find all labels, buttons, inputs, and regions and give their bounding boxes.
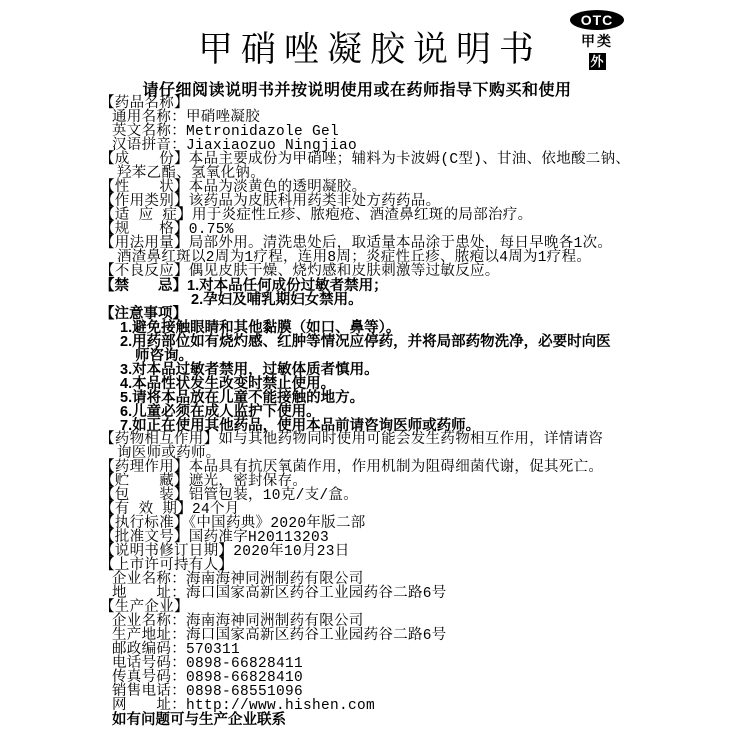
text-line: 销售电话：0898-68551096 [100,685,680,699]
text-line: 【不良反应】偶见皮肤干燥、烧灼感和皮肤刺激等过敏反应。 [100,265,680,279]
text-line: 1.避免接触眼睛和其他黏膜（如口、鼻等）。 [100,321,680,335]
otc-icon: OTC [570,10,624,30]
text-line: 询医师或药师。 [100,447,680,461]
text-line: 【生产企业】 [100,601,680,615]
text-line: 【批准文号】国药准字H20113203 [100,531,680,545]
text-line: 传真号码：0898-66828410 [100,671,680,685]
text-line: 4.本品性状发生改变时禁止使用。 [100,377,680,391]
otc-badge: OTC 甲类 外 [566,10,628,70]
text-line: 汉语拼音：Jiaxiaozuo Ningjiao [100,139,680,153]
text-line: 【用法用量】局部外用。清洗患处后，取适量本品涂于患处，每日早晚各1次。 [100,237,680,251]
page-title: 甲硝唑凝胶说明书 [0,22,740,72]
leaflet-page: 甲硝唑凝胶说明书 请仔细阅读说明书并按说明使用或在药师指导下购买和使用 OTC … [0,0,750,750]
text-line: 如有问题可与生产企业联系 [100,713,680,727]
text-line: 电话号码：0898-66828411 [100,657,680,671]
text-line: 【性 状】本品为淡黄色的透明凝胶。 [100,181,680,195]
text-line: 【药品名称】 [100,97,680,111]
text-line: 2.用药部位如有烧灼感、红肿等情况应停药，并将局部药物洗净，必要时向医 [100,335,680,349]
text-line: 英文名称：Metronidazole Gel [100,125,680,139]
text-line: 羟苯乙酯、氢氧化钠。 [100,167,680,181]
text-line: 3.对本品过敏者禁用，过敏体质者慎用。 [100,363,680,377]
text-line: 【贮 藏】遮光，密封保存。 [100,475,680,489]
text-line: 【说明书修订日期】2020年10月23日 [100,545,680,559]
text-line: 【包 装】铝管包装，10克/支/盒。 [100,489,680,503]
text-line: 【成 份】本品主要成份为甲硝唑；辅料为卡波姆(C型)、甘油、依地酸二钠、 [100,153,680,167]
text-line: 生产地址：海口国家高新区药谷工业园药谷二路6号 [100,629,680,643]
text-line: 师咨询。 [100,349,680,363]
text-line: 企业名称：海南海神同洲制药有限公司 [100,573,680,587]
text-line: 地 址：海口国家高新区药谷工业园药谷二路6号 [100,587,680,601]
text-line: 5.请将本品放在儿童不能接触的地方。 [100,391,680,405]
text-line: 【上市许可持有人】 [100,559,680,573]
text-line: 2.孕妇及哺乳期妇女禁用。 [100,293,680,307]
text-line: 6.儿童必须在成人监护下使用。 [100,405,680,419]
text-line: 【药物相互作用】如与其他药物同时使用可能会发生药物相互作用，详情请咨 [100,433,680,447]
text-line: 【适 应 症】用于炎症性丘疹、脓疱疮、酒渣鼻红斑的局部治疗。 [100,209,680,223]
text-line: 【有 效 期】24个月 [100,503,680,517]
text-line: 【规 格】0.75% [100,223,680,237]
leaflet-body: 【药品名称】通用名称：甲硝唑凝胶英文名称：Metronidazole Gel汉语… [100,97,680,727]
text-line: 网 址：http://www.hishen.com [100,699,680,713]
text-line: 通用名称：甲硝唑凝胶 [100,111,680,125]
text-line: 【禁 忌】1.对本品任何成份过敏者禁用； [100,279,680,293]
text-line: 邮政编码：570311 [100,643,680,657]
otc-external-box: 外 [589,53,606,70]
text-line: 酒渣鼻红斑以2周为1疗程，连用8周；炎症性丘疹、脓疱以4周为1疗程。 [100,251,680,265]
text-line: 【执行标准】《中国药典》2020年版二部 [100,517,680,531]
text-line: 7.如正在使用其他药品，使用本品前请咨询医师或药师。 [100,419,680,433]
text-line: 【药理作用】本品具有抗厌氧菌作用，作用机制为阻碍细菌代谢，促其死亡。 [100,461,680,475]
text-line: 【注意事项】 [100,307,680,321]
text-line: 【作用类别】该药品为皮肤科用药类非处方药药品。 [100,195,680,209]
otc-class-label: 甲类 [566,31,628,51]
text-line: 企业名称：海南海神同洲制药有限公司 [100,615,680,629]
